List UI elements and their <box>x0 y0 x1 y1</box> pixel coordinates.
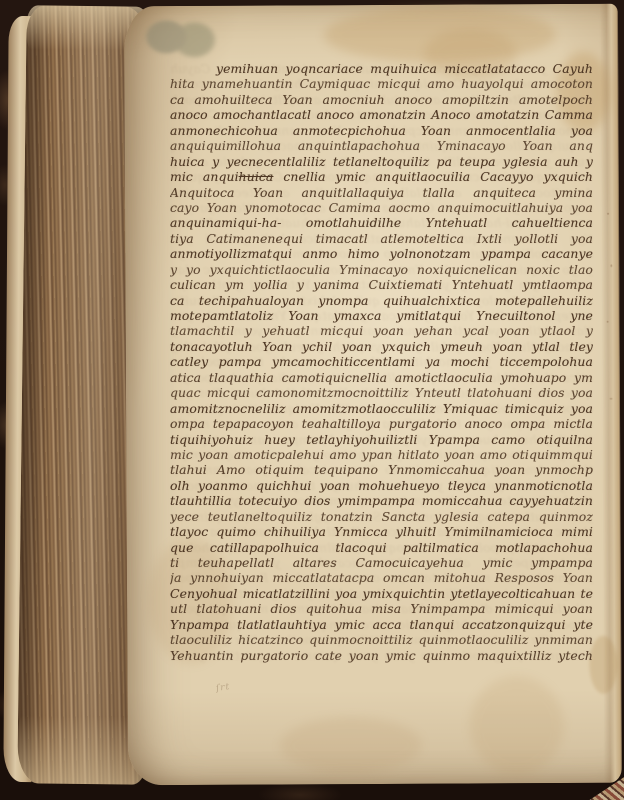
stain-bottom-right <box>469 676 564 774</box>
manuscript-line: tlayoc quimo chihuiliya Ynmicca ylhuitl … <box>170 524 593 539</box>
manuscript-line: ompa tepapacoyon teahaltilloya purgatori… <box>170 416 593 431</box>
faded-stamp-remnant <box>144 17 218 61</box>
manuscript-text-block: yemihuan yoqncariace mquihuica miccatlat… <box>170 61 593 663</box>
manuscript-line: tiquihiyohuiz huey tetlayhiyohuiliztli Y… <box>170 432 593 447</box>
manuscript-line: tlauhtillia totecuiyo dios ymimpampa mom… <box>170 493 593 508</box>
struck-word: huica <box>239 169 274 184</box>
manuscript-line: y yo yxquichtictlaoculia Yminacayo noxiq… <box>170 262 593 277</box>
manuscript-line: Anquitoca Yoan anquitlallaquiya tlalla a… <box>170 185 593 200</box>
manuscript-line: tlahui Amo otiquim tequipano Ynmomiccahu… <box>170 462 593 477</box>
manuscript-line: yece teutlaneltoquiliz tonatzin Sancta y… <box>170 509 593 524</box>
manuscript-photo: yemihuan yoqncariace mquihuica miccatlat… <box>0 0 624 800</box>
manuscript-line: ca amohuilteca Yoan amocniuh anoco amopi… <box>170 92 593 107</box>
manuscript-line: mic anquihuica cnellia ymic anquitlaocui… <box>170 169 593 184</box>
manuscript-line: Cenyohual micatlatzillini yoa ymixquicht… <box>170 586 593 601</box>
manuscript-line: olh yoanmo quichhui yoan mohuehueyo tley… <box>170 478 593 493</box>
manuscript-line: quac micqui camonomitzmocnoittiliz Ynteu… <box>170 385 593 400</box>
manuscript-line: tiya Catimanenequi timacatl atlemoteltic… <box>170 231 593 246</box>
manuscript-line: anmonechicohua anmotecpichohua Yoan anmo… <box>170 123 593 138</box>
manuscript-line: Ynpampa tlatlatlauhtiya ymic acca tlanqu… <box>170 617 593 632</box>
manuscript-line: anquiquimillohua anquintlapachohua Ymina… <box>170 138 593 153</box>
manuscript-line: ja ynnohuiyan miccatlatatacpa omcan mito… <box>170 570 593 585</box>
manuscript-line: mic yoan amoticpalehui amo ypan hitlato … <box>170 447 593 462</box>
manuscript-line: atica tlaquathia camotiquicnellia amotic… <box>170 370 593 385</box>
manuscript-line: huica y yecnecentlaliliz tetlaneltoquili… <box>170 154 593 169</box>
footer-faint-mark: ſrt <box>215 682 231 694</box>
stain-bottom-center <box>280 717 422 774</box>
manuscript-line: motepamtlatoliz Yoan ymaxca ymitlatqui Y… <box>170 308 593 323</box>
show-through-scribble-right <box>589 636 617 694</box>
manuscript-line: cayo Yoan ynomotocac Camima aocmo anquim… <box>170 200 593 215</box>
manuscript-line: tlamachtil y yehuatl micqui yoan yehan y… <box>170 323 593 338</box>
manuscript-line: Yehuantin purgatorio cate yoan ymic quin… <box>170 648 593 663</box>
manuscript-line: amomitznocneliliz amomitzmotlaocculiliz … <box>170 401 593 416</box>
manuscript-line: anquinamiqui-ha- omotlahuidilhe Yntehuat… <box>170 215 593 230</box>
manuscript-line: tlaoculiliz hicatzinco quinmocnoittiliz … <box>170 632 593 647</box>
manuscript-line: anoco amochantlacatl anoco amonatzin Ano… <box>170 107 593 122</box>
manuscript-line: tonacayotluh Yoan ychil yoan yxquich yme… <box>170 339 593 354</box>
manuscript-line: anmotiyollizmatqui anmo himo yolnonotzam… <box>170 246 593 261</box>
manuscript-line: utl tlatohuani dios quitohua misa Ynimpa… <box>170 601 593 616</box>
manuscript-line: catley pampa ymcamochiticcentlami ya moc… <box>170 354 593 369</box>
manuscript-line: ti teuhapellatl altares Camocuicayehua y… <box>170 555 593 570</box>
manuscript-line: yemihuan yoqncariace mquihuica miccatlat… <box>170 61 593 76</box>
manuscript-line: que catillapapolhuica tlacoqui paltilmat… <box>170 540 593 555</box>
manuscript-line: hita ynamehuantin Caymiquac micqui amo h… <box>170 76 593 91</box>
manuscript-line: ca techipahualoyan ynompa quihualchixtic… <box>170 293 593 308</box>
manuscript-line: culican ym yollia y yanima Cuixtiemati Y… <box>170 277 593 292</box>
